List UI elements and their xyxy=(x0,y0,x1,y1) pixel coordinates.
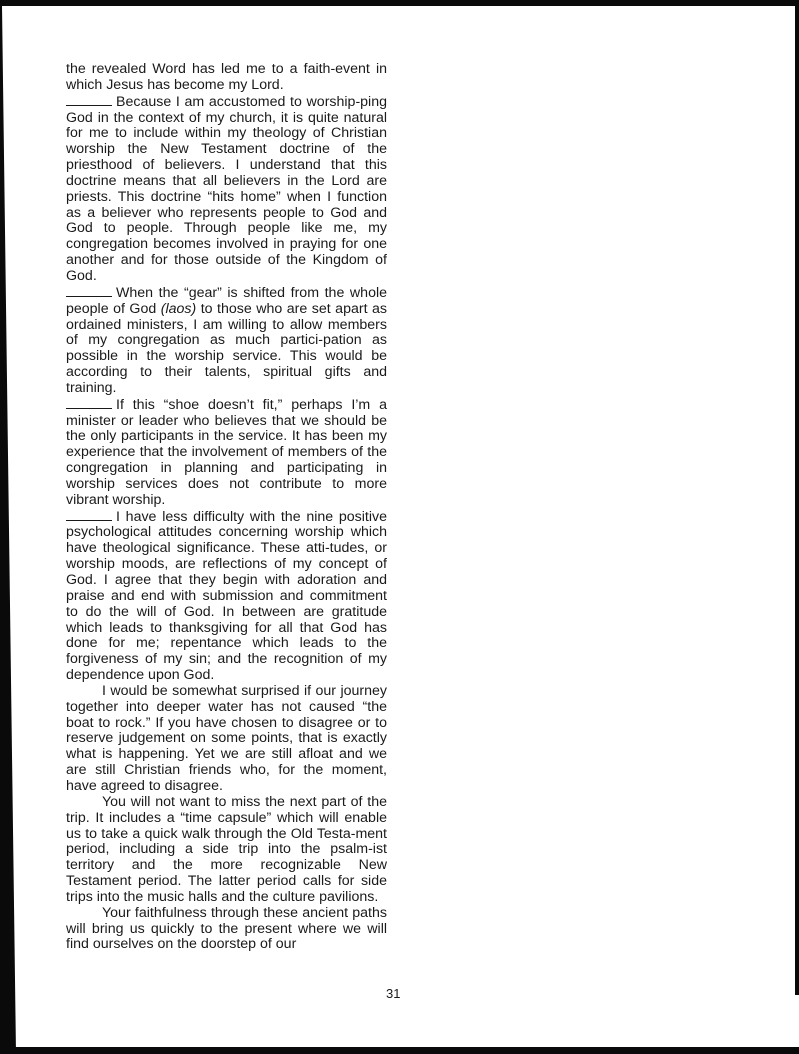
answer-blank xyxy=(66,509,112,521)
scan-border-top xyxy=(0,0,799,6)
checklist-item-priesthood: Because I am accustomed to worship-ping … xyxy=(66,94,387,285)
checklist-item-participation: When the “gear” is shifted from the whol… xyxy=(66,285,387,397)
paragraph-faithfulness: Your faithfulness through these ancient … xyxy=(66,906,387,954)
body-text-column: the revealed Word has led me to a faith-… xyxy=(66,62,387,953)
checklist-item-attitudes: I have less difficulty with the nine pos… xyxy=(66,509,387,684)
answer-blank xyxy=(66,94,112,106)
answer-blank xyxy=(66,397,112,409)
checklist-item-text: Because I am accustomed to worship-ping … xyxy=(66,94,387,284)
scan-border-right xyxy=(795,0,799,995)
scan-border-left xyxy=(0,0,20,1054)
checklist-item-text: I have less difficulty with the nine pos… xyxy=(66,509,387,683)
italic-term: (laos) xyxy=(161,301,196,317)
paragraph-continuation: the revealed Word has led me to a faith-… xyxy=(66,62,387,94)
answer-blank xyxy=(66,285,112,297)
scan-border-bottom xyxy=(0,1047,799,1054)
checklist-item-shoe: If this “shoe doesn’t fit,” perhaps I’m … xyxy=(66,397,387,509)
paragraph-next-trip: You will not want to miss the next part … xyxy=(66,795,387,906)
checklist-item-text: If this “shoe doesn’t fit,” perhaps I’m … xyxy=(66,397,387,508)
paragraph-journey: I would be somewhat surprised if our jou… xyxy=(66,684,387,795)
page-number: 31 xyxy=(386,986,400,1001)
